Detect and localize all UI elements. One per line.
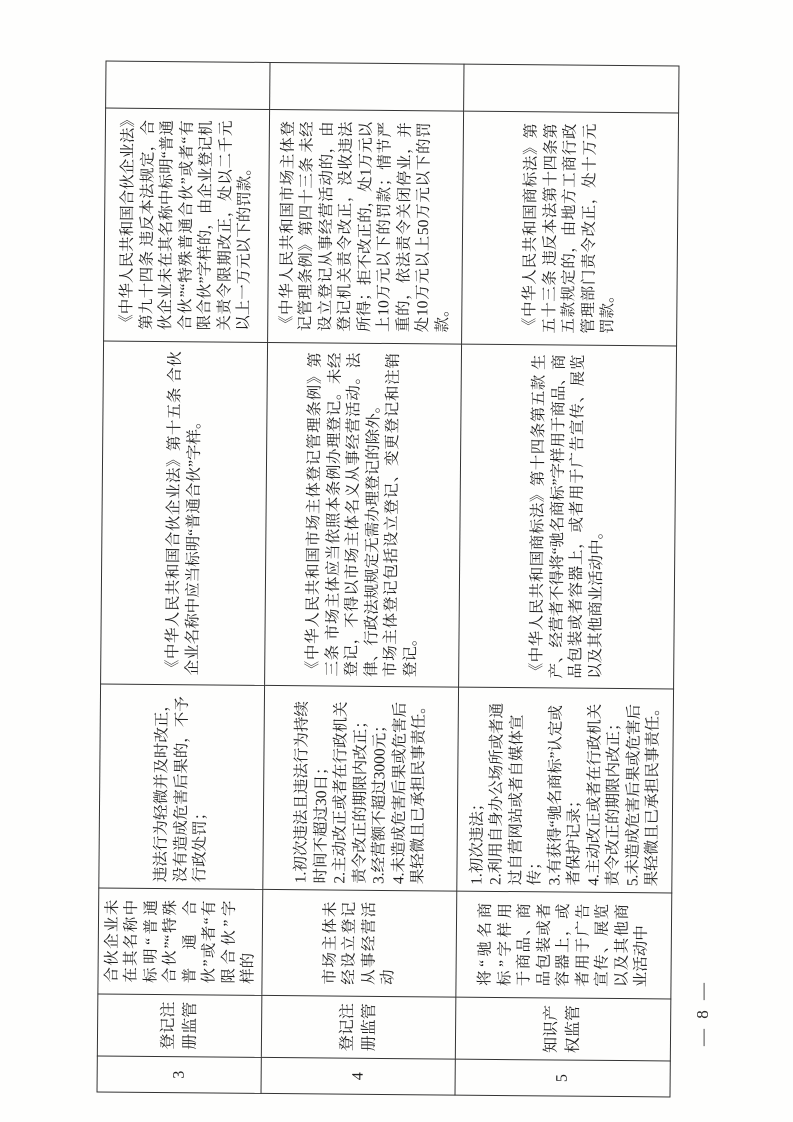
cell-supervision-domain: 知识产权监管: [455, 997, 671, 1061]
cell-violated-provision: 《中华人民共和国合伙企业法》第十五条 合伙企业名称中应当标明“普通合伙”字样。: [101, 341, 268, 685]
cell-seq: 4: [261, 1057, 455, 1095]
table-row: 4 登记注册监管 市场主体未经设立登记从事经营活动 1.初次违法且违法行为持续时…: [261, 62, 464, 1095]
table-row: 3 登记注册监管 合伙企业未在其名称中标明“普通合伙”“特殊普通合伙”或者“有限…: [97, 61, 270, 1093]
cell-seq: 5: [455, 1059, 670, 1097]
cell-exemption-conditions: 违法行为轻微并及时改正，没有造成危害后果的，不予行政处罚；: [99, 684, 265, 889]
cell-penalty-basis: 《中华人民共和国合伙企业法》第九十四条 违反本法规定，合伙企业未在其名称中标明“…: [104, 108, 270, 342]
page-number: — 8 —: [693, 980, 713, 1046]
cell-penalty-basis: 《中华人民共和国市场主体登记管理条例》第四十三条 未经设立登记从事经营活动的，由…: [268, 109, 464, 344]
cell-supervision-domain: 登记注册监管: [261, 995, 456, 1059]
cell-violated-provision: 《中华人民共和国商标法》第十四条第五款 生产、经营者不得将“驰名商标”字样用于商…: [459, 344, 677, 689]
cell-exemption-conditions: 1.初次违法； 2.利用自身办公场所或者通过自营网站或者自媒体宣传； 3.有获得…: [457, 687, 674, 893]
cell-supervision-domain: 登记注册监管: [97, 994, 262, 1057]
table-rotation-inner: 3 登记注册监管 合伙企业未在其名称中标明“普通合伙”“特殊普通合伙”或者“有限…: [97, 62, 680, 1098]
cell-violation: 将“驰名商标”字样用于商品、商品包装或者容器上，或者用于广告宣传、展览以及其他商…: [456, 891, 672, 999]
cell-remark: [464, 64, 679, 113]
cell-remark: [106, 61, 270, 109]
cell-violated-provision: 《中华人民共和国市场主体登记管理条例》第三条 市场主体应当依照本条例办理登记。未…: [265, 342, 462, 687]
cell-violation: 合伙企业未在其名称中标明“普通合伙”“特殊普通合伙”或者“有限合伙”字样的: [98, 888, 263, 995]
cell-violation: 市场主体未经设立登记从事经营活动: [262, 889, 457, 997]
scanned-document-page: 3 登记注册监管 合伙企业未在其名称中标明“普通合伙”“特殊普通合伙”或者“有限…: [0, 0, 793, 1122]
rotated-table-region: 3 登记注册监管 合伙企业未在其名称中标明“普通合伙”“特殊普通合伙”或者“有限…: [97, 62, 680, 1098]
table-row: 5 知识产权监管 将“驰名商标”字样用于商品、商品包装或者容器上，或者用于广告宣…: [455, 64, 679, 1097]
cell-remark: [270, 62, 464, 111]
cell-seq: 3: [97, 1056, 261, 1093]
cell-penalty-basis: 《中华人民共和国商标法》第五十三条 违反本法第十四条第五款规定的，由地方工商行政…: [462, 111, 679, 346]
cell-exemption-conditions: 1.初次违法且违法行为持续时间不超过30日； 2.主动改正或者在行政机关责令改正…: [263, 685, 459, 891]
exemption-list-table: 3 登记注册监管 合伙企业未在其名称中标明“普通合伙”“特殊普通合伙”或者“有限…: [97, 61, 680, 1098]
